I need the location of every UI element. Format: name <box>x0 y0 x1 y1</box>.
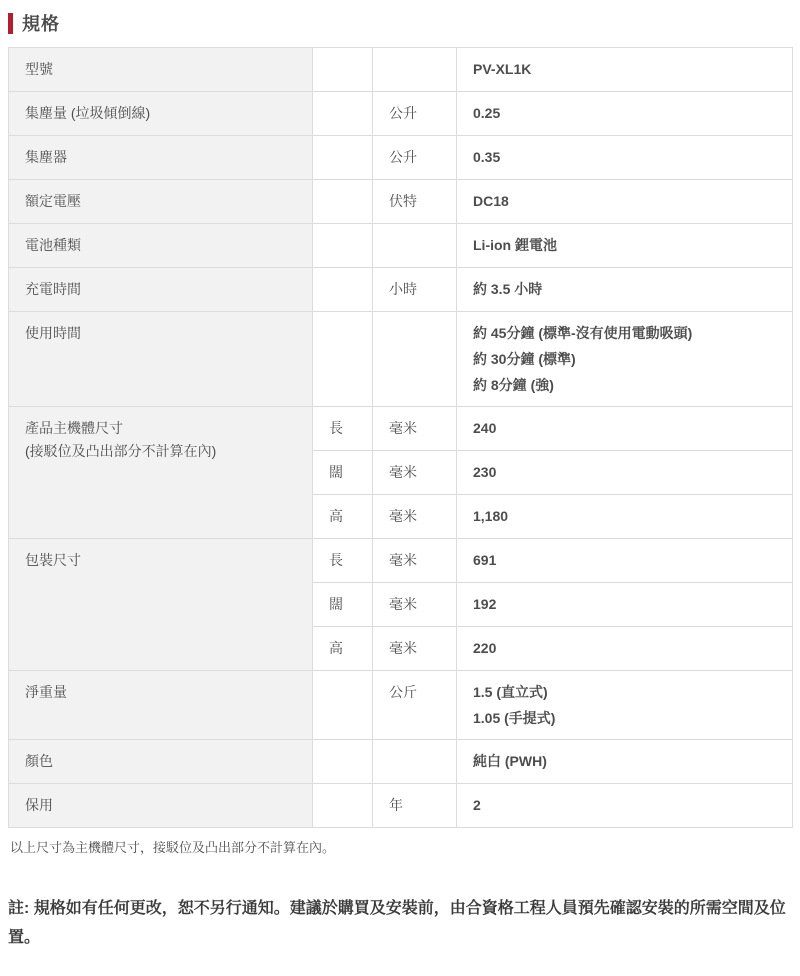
spec-label: 顏色 <box>9 740 313 784</box>
spec-value: 1.5 (直立式) 1.05 (手提式) <box>457 671 793 740</box>
spec-value: 0.25 <box>457 92 793 136</box>
spec-value: 約 45分鐘 (標準-沒有使用電動吸頭) 約 30分鐘 (標準) 約 8分鐘 (… <box>457 312 793 407</box>
spec-unit: 伏特 <box>373 180 457 224</box>
spec-unit: 公升 <box>373 92 457 136</box>
spec-unit: 毫米 <box>373 451 457 495</box>
spec-row-dust-capacity: 集塵量 (垃圾傾倒線) 公升 0.25 <box>9 92 793 136</box>
spec-dim: 高 <box>313 627 373 671</box>
spec-value-line: 約 45分鐘 (標準-沒有使用電動吸頭) <box>473 320 776 346</box>
spec-row-dust-container: 集塵器 公升 0.35 <box>9 136 793 180</box>
spec-label: 額定電壓 <box>9 180 313 224</box>
spec-row-color: 顏色 純白 (PWH) <box>9 740 793 784</box>
spec-row-model: 型號 PV-XL1K <box>9 48 793 92</box>
spec-dim <box>313 740 373 784</box>
spec-label: 型號 <box>9 48 313 92</box>
spec-label: 產品主機體尺寸 (接駁位及凸出部分不計算在內) <box>9 407 313 539</box>
spec-dim: 闊 <box>313 451 373 495</box>
spec-dim: 闊 <box>313 583 373 627</box>
spec-dim <box>313 92 373 136</box>
spec-dim <box>313 268 373 312</box>
spec-value: Li-ion 鋰電池 <box>457 224 793 268</box>
spec-row-battery-type: 電池種類 Li-ion 鋰電池 <box>9 224 793 268</box>
spec-label: 包裝尺寸 <box>9 539 313 671</box>
spec-value: 約 3.5 小時 <box>457 268 793 312</box>
spec-row-net-weight: 淨重量 公斤 1.5 (直立式) 1.05 (手提式) <box>9 671 793 740</box>
spec-unit: 年 <box>373 784 457 828</box>
spec-value-line: 1.5 (直立式) <box>473 679 776 705</box>
spec-dim: 長 <box>313 539 373 583</box>
spec-value-line: 約 8分鐘 (強) <box>473 372 776 398</box>
spec-value: 230 <box>457 451 793 495</box>
spec-value: 0.35 <box>457 136 793 180</box>
spec-row-warranty: 保用 年 2 <box>9 784 793 828</box>
spec-row-body-dimensions: 產品主機體尺寸 (接駁位及凸出部分不計算在內) 長 毫米 240 <box>9 407 793 451</box>
spec-row-package-dimensions: 包裝尺寸 長 毫米 691 <box>9 539 793 583</box>
spec-value: 240 <box>457 407 793 451</box>
spec-dim <box>313 784 373 828</box>
spec-dim: 長 <box>313 407 373 451</box>
spec-value: 691 <box>457 539 793 583</box>
spec-label-line: 產品主機體尺寸 <box>25 419 296 438</box>
dimensions-footnote: 以上尺寸為主機體尺寸，接駁位及凸出部分不計算在內。 <box>10 837 792 856</box>
spec-value: DC18 <box>457 180 793 224</box>
spec-label: 集塵器 <box>9 136 313 180</box>
spec-value: 純白 (PWH) <box>457 740 793 784</box>
spec-dim <box>313 312 373 407</box>
spec-page: 規格 型號 PV-XL1K 集塵量 (垃圾傾倒線) 公升 0.25 集塵器 公升 <box>0 0 800 976</box>
spec-label-line: (接駁位及凸出部分不計算在內) <box>25 442 296 461</box>
spec-dim <box>313 180 373 224</box>
spec-label: 集塵量 (垃圾傾倒線) <box>9 92 313 136</box>
spec-row-usage-time: 使用時間 約 45分鐘 (標準-沒有使用電動吸頭) 約 30分鐘 (標準) 約 … <box>9 312 793 407</box>
spec-dim <box>313 224 373 268</box>
spec-value: 2 <box>457 784 793 828</box>
spec-row-charge-time: 充電時間 小時 約 3.5 小時 <box>9 268 793 312</box>
spec-value: 1,180 <box>457 495 793 539</box>
spec-value: 220 <box>457 627 793 671</box>
section-title: 規格 <box>8 10 792 36</box>
spec-value: 192 <box>457 583 793 627</box>
spec-unit <box>373 224 457 268</box>
spec-value-line: 1.05 (手提式) <box>473 705 776 731</box>
spec-row-voltage: 額定電壓 伏特 DC18 <box>9 180 793 224</box>
spec-unit <box>373 740 457 784</box>
spec-unit: 毫米 <box>373 539 457 583</box>
disclaimer-note: 註: 規格如有任何更改，恕不另行通知。建議於購買及安裝前，由合資格工程人員預先確… <box>8 894 792 952</box>
title-accent-bar <box>8 13 13 34</box>
section-title-text: 規格 <box>22 10 60 36</box>
spec-unit <box>373 48 457 92</box>
spec-dim <box>313 671 373 740</box>
spec-table: 型號 PV-XL1K 集塵量 (垃圾傾倒線) 公升 0.25 集塵器 公升 0.… <box>8 47 793 828</box>
spec-unit: 小時 <box>373 268 457 312</box>
spec-label: 保用 <box>9 784 313 828</box>
spec-unit: 毫米 <box>373 495 457 539</box>
spec-value: PV-XL1K <box>457 48 793 92</box>
spec-dim <box>313 48 373 92</box>
spec-label: 充電時間 <box>9 268 313 312</box>
spec-label: 使用時間 <box>9 312 313 407</box>
spec-dim <box>313 136 373 180</box>
spec-unit <box>373 312 457 407</box>
spec-unit: 公斤 <box>373 671 457 740</box>
spec-unit: 公升 <box>373 136 457 180</box>
spec-label: 電池種類 <box>9 224 313 268</box>
spec-label: 淨重量 <box>9 671 313 740</box>
spec-value-line: 約 30分鐘 (標準) <box>473 346 776 372</box>
spec-dim: 高 <box>313 495 373 539</box>
spec-unit: 毫米 <box>373 627 457 671</box>
spec-unit: 毫米 <box>373 583 457 627</box>
spec-unit: 毫米 <box>373 407 457 451</box>
